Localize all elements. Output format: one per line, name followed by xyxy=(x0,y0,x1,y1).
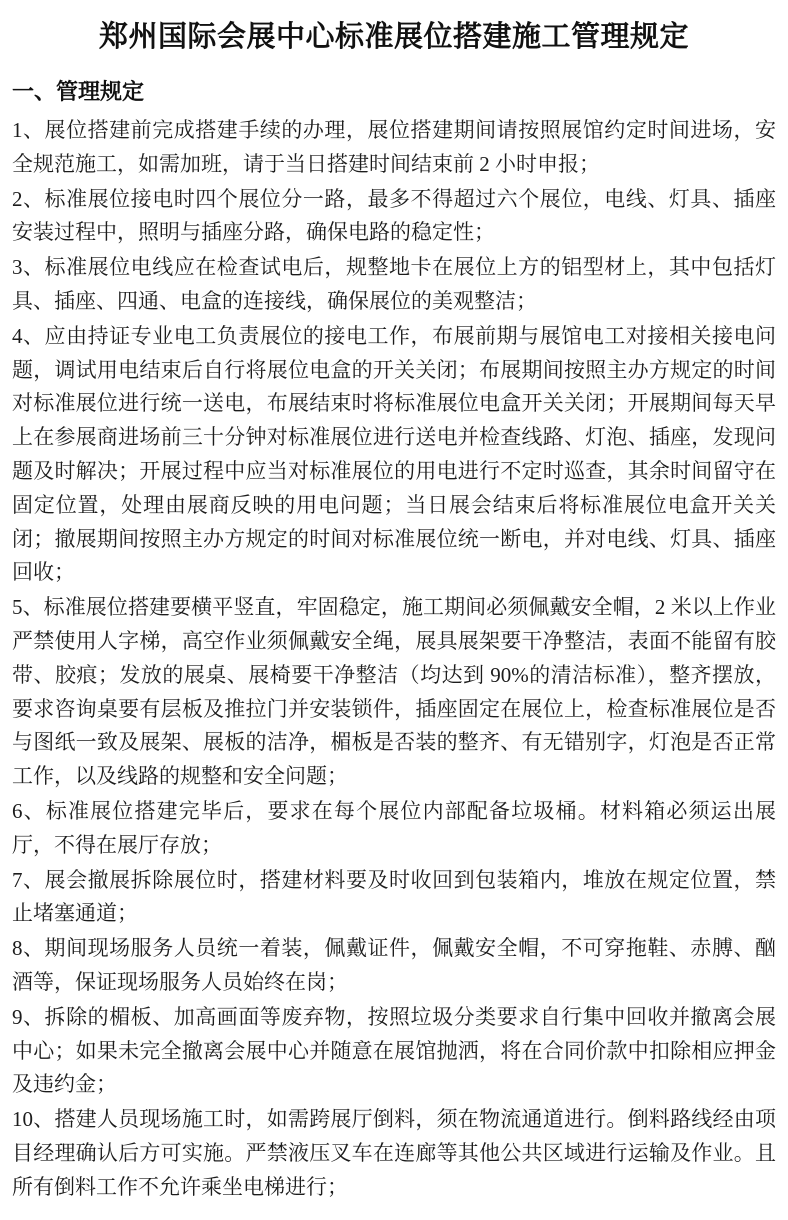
rules-list: 1、展位搭建前完成搭建手续的办理，展位搭建期间请按照展馆约定时间进场，安全规范施… xyxy=(12,114,776,1205)
rule-paragraph-7: 7、展会撤展拆除展位时，搭建材料要及时收回到包装箱内，堆放在规定位置，禁止堵塞通… xyxy=(12,864,776,932)
rule-paragraph-1: 1、展位搭建前完成搭建手续的办理，展位搭建期间请按照展馆约定时间进场，安全规范施… xyxy=(12,114,776,182)
rule-paragraph-5: 5、标准展位搭建要横平竖直，牢固稳定，施工期间必须佩戴安全帽，2 米以上作业严禁… xyxy=(12,591,776,794)
rule-paragraph-10: 10、搭建人员现场施工时，如需跨展厅倒料，须在物流通道进行。倒料路线经由项目经理… xyxy=(12,1103,776,1204)
rule-paragraph-4: 4、应由持证专业电工负责展位的接电工作，布展前期与展馆电工对接相关接电问题，调试… xyxy=(12,320,776,590)
rule-paragraph-6: 6、标准展位搭建完毕后，要求在每个展位内部配备垃圾桶。材料箱必须运出展厅，不得在… xyxy=(12,795,776,863)
rule-paragraph-8: 8、期间现场服务人员统一着装，佩戴证件，佩戴安全帽，不可穿拖鞋、赤膊、酗酒等，保… xyxy=(12,932,776,1000)
document-page: 郑州国际会展中心标准展位搭建施工管理规定 一、管理规定 1、展位搭建前完成搭建手… xyxy=(0,0,788,1220)
rule-paragraph-9: 9、拆除的楣板、加高画面等废弃物，按照垃圾分类要求自行集中回收并撤离会展中心；如… xyxy=(12,1001,776,1102)
section-heading: 一、管理规定 xyxy=(12,75,776,106)
page-title: 郑州国际会展中心标准展位搭建施工管理规定 xyxy=(12,14,776,55)
rule-paragraph-3: 3、标准展位电线应在检查试电后，规整地卡在展位上方的铝型材上，其中包括灯具、插座… xyxy=(12,251,776,319)
rule-paragraph-2: 2、标准展位接电时四个展位分一路，最多不得超过六个展位，电线、灯具、插座安装过程… xyxy=(12,183,776,251)
